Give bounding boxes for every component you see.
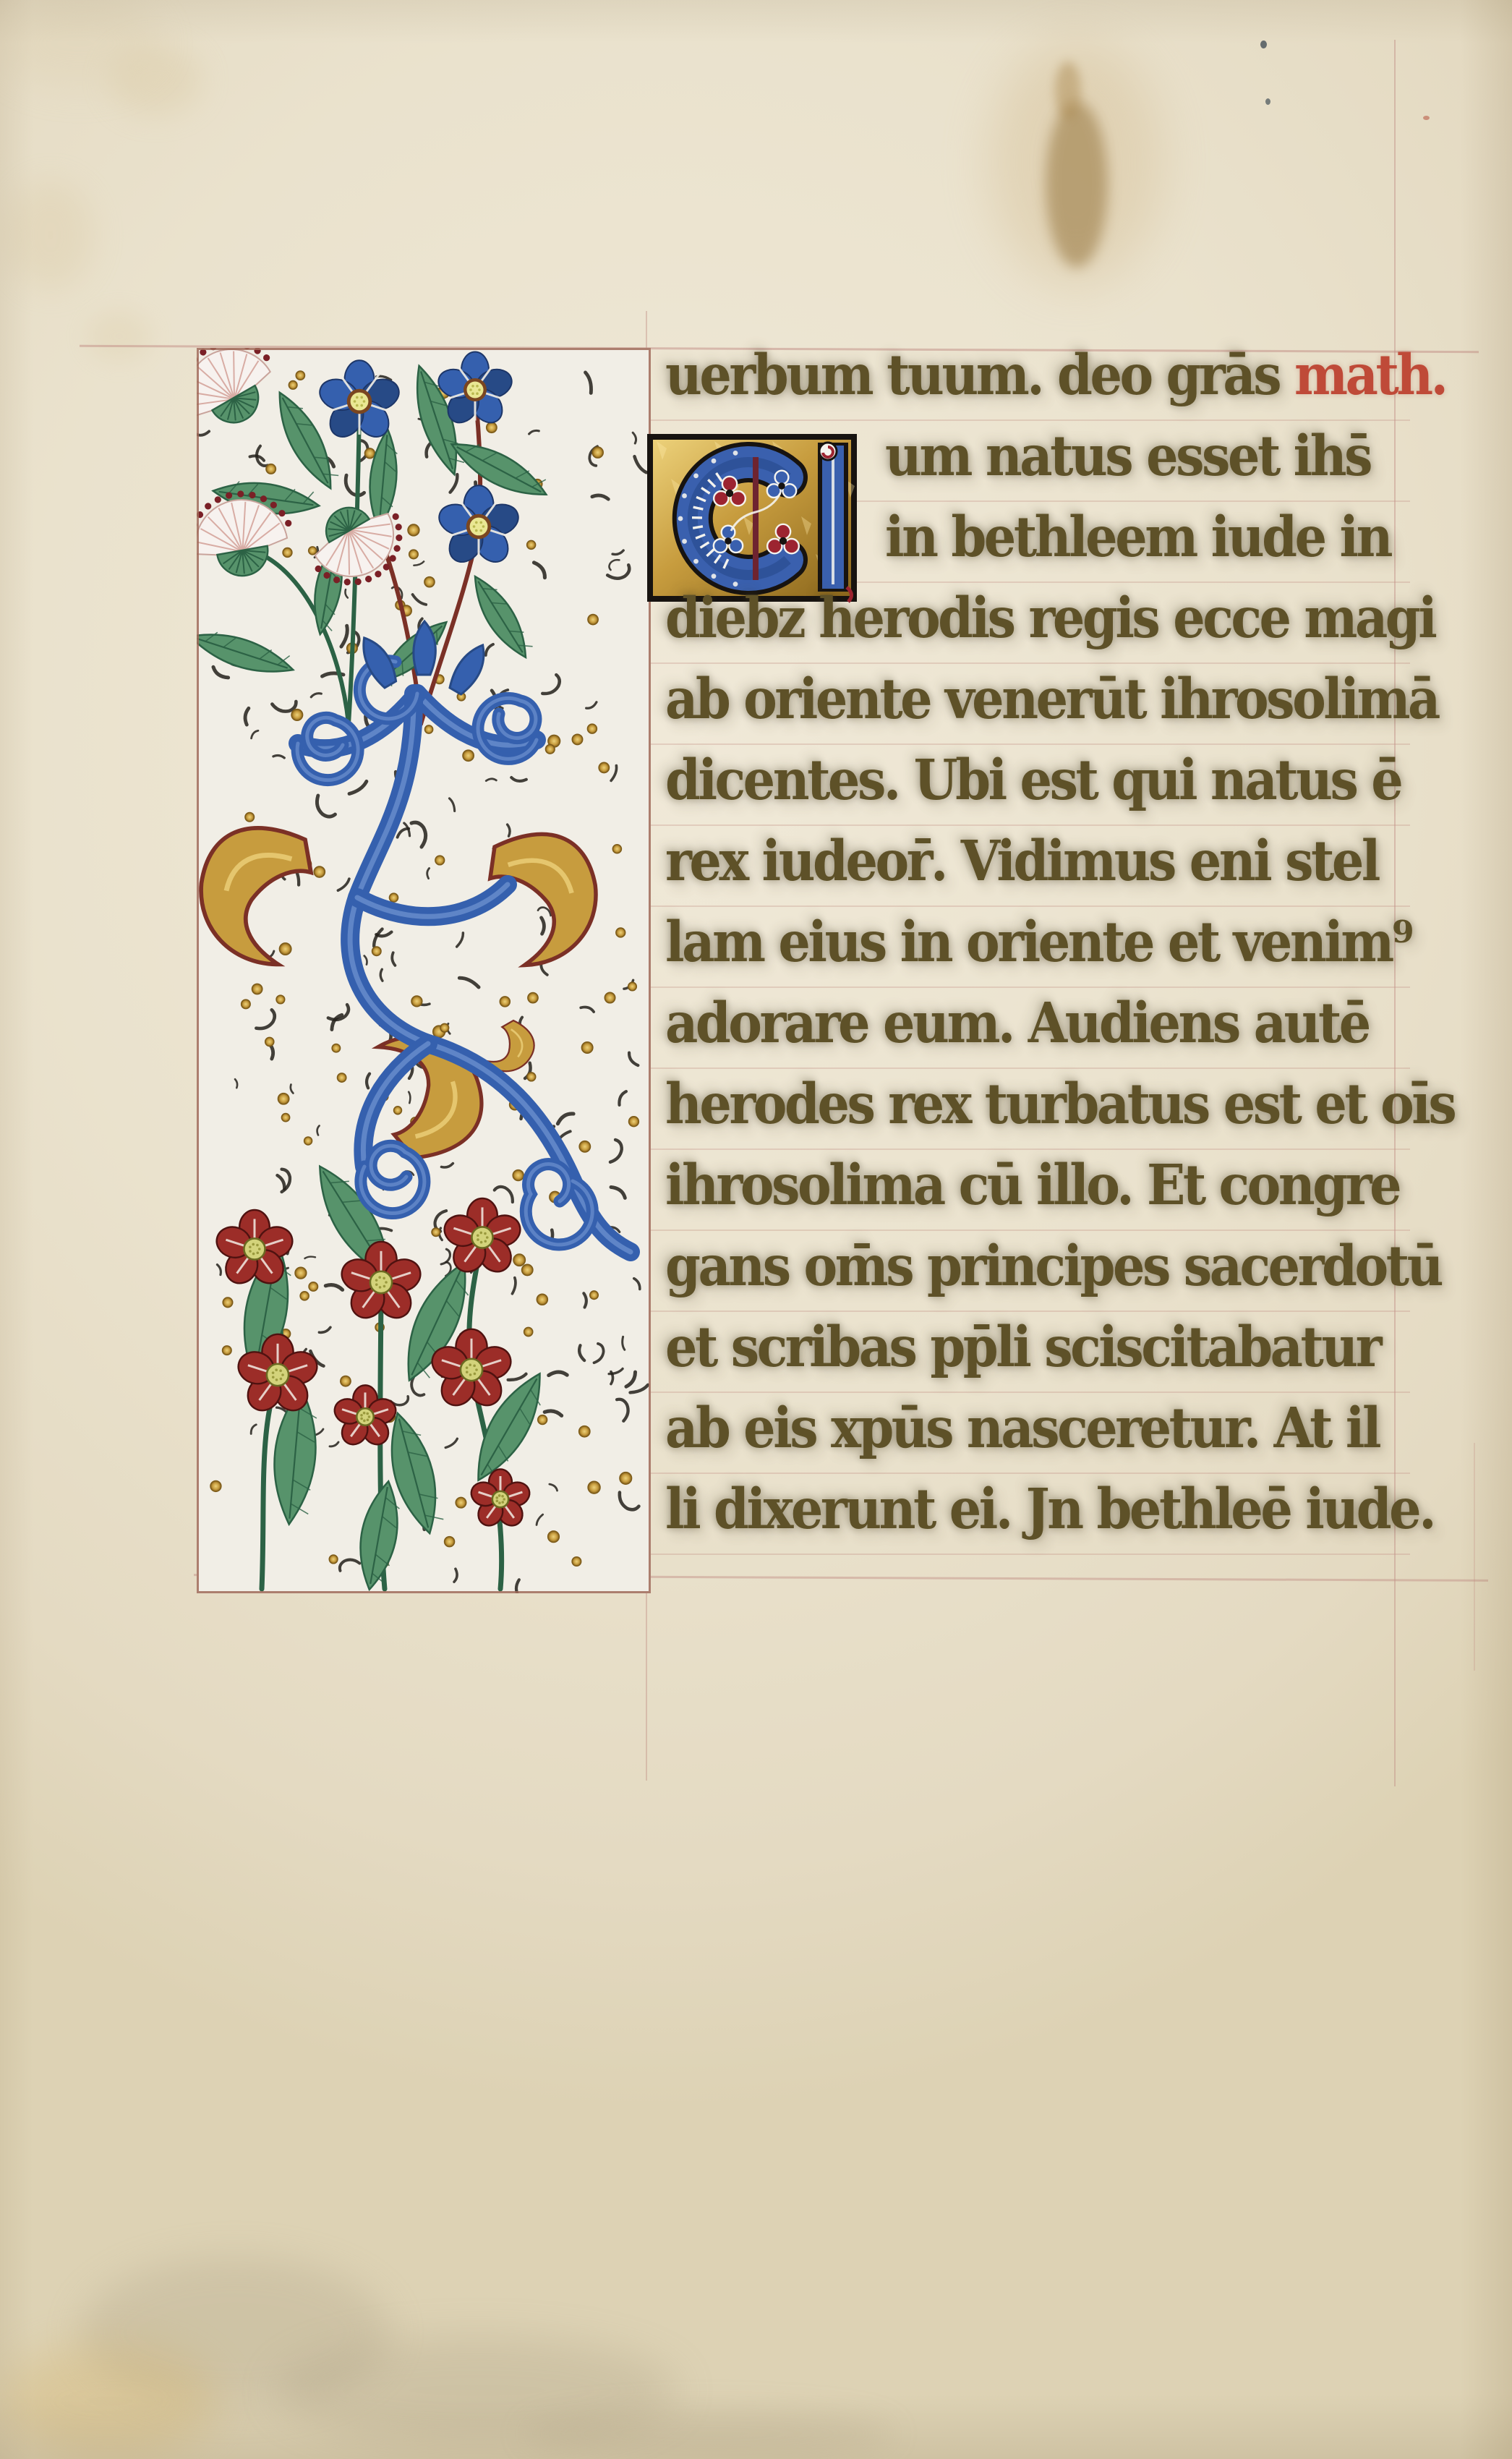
stain	[989, 40, 1163, 286]
line-text: diebz herodis regis ecce magi	[665, 574, 1435, 662]
text-line: diebz herodis regis ecce magi	[665, 581, 1435, 662]
text-line: ihrosolima cū illo. Et congre	[665, 1148, 1399, 1229]
stain	[275, 2336, 680, 2445]
line-text: herodes rex turbatus est et oīs	[665, 1060, 1454, 1148]
line-text: ab eis xpūs nasceretur. At il	[665, 1384, 1379, 1473]
ink-speck	[1265, 98, 1270, 105]
line-text: in bethleem iude in	[885, 493, 1391, 581]
line-text: dicentes. Ubi est qui natus ē	[665, 736, 1401, 824]
text-line: gans om̄s principes sacerdotū	[665, 1229, 1441, 1311]
line-text: lam eius in oriente et venim⁹	[665, 898, 1411, 986]
rubric-label: math.	[1294, 331, 1446, 419]
line-text: adorare eum. Audiens autē	[665, 979, 1369, 1067]
ink-speck	[1260, 41, 1267, 48]
text-line: adorare eum. Audiens autē	[665, 986, 1369, 1067]
stain	[0, 0, 159, 87]
line-text: rex iudeor̄. Vidimus eni stel	[665, 817, 1378, 905]
line-text: ab oriente venerūt ihrosolimā	[665, 655, 1438, 743]
line-text: li dixerunt ei. Jn bethleē iude.	[665, 1465, 1434, 1554]
stain	[87, 311, 152, 362]
text-line: herodes rex turbatus est et oīs	[665, 1067, 1454, 1148]
text-line: in bethleem iude in	[885, 500, 1391, 581]
stain	[0, 2343, 217, 2459]
text-line: et scribas pp̄li sciscitabatur	[665, 1311, 1380, 1392]
stain	[1055, 61, 1081, 119]
stain	[108, 43, 202, 116]
ruling-line	[649, 1554, 1410, 1555]
text-line: ab eis xpūs nasceretur. At il	[665, 1392, 1379, 1473]
stain	[80, 2256, 390, 2408]
text-line: uerbum tuum. deo grās math.	[665, 338, 1446, 419]
line-text: ihrosolima cū illo. Et congre	[665, 1141, 1399, 1229]
text-line: li dixerunt ei. Jn bethleē iude.	[665, 1473, 1434, 1554]
text-line: ab oriente venerūt ihrosolimā	[665, 662, 1438, 743]
ink-speck	[1423, 116, 1430, 120]
stain	[7, 181, 94, 289]
ruling-line	[1474, 1443, 1475, 1671]
line-text: uerbum tuum. deo grās	[665, 331, 1294, 419]
text-line: dicentes. Ubi est qui natus ē	[665, 743, 1401, 824]
stain	[521, 2408, 897, 2459]
stain	[1046, 101, 1108, 268]
text-line: lam eius in oriente et venim⁹	[665, 905, 1411, 986]
line-text: um natus esset ihs̄	[885, 412, 1370, 500]
floral-border-panel	[197, 348, 651, 1593]
manuscript-page: uerbum tuum. deo grās math.um natus esse…	[0, 0, 1512, 2459]
line-text: gans om̄s principes sacerdotū	[665, 1222, 1441, 1311]
line-text: et scribas pp̄li sciscitabatur	[665, 1303, 1380, 1392]
text-line: rex iudeor̄. Vidimus eni stel	[665, 824, 1378, 905]
text-line: um natus esset ihs̄	[885, 419, 1370, 500]
